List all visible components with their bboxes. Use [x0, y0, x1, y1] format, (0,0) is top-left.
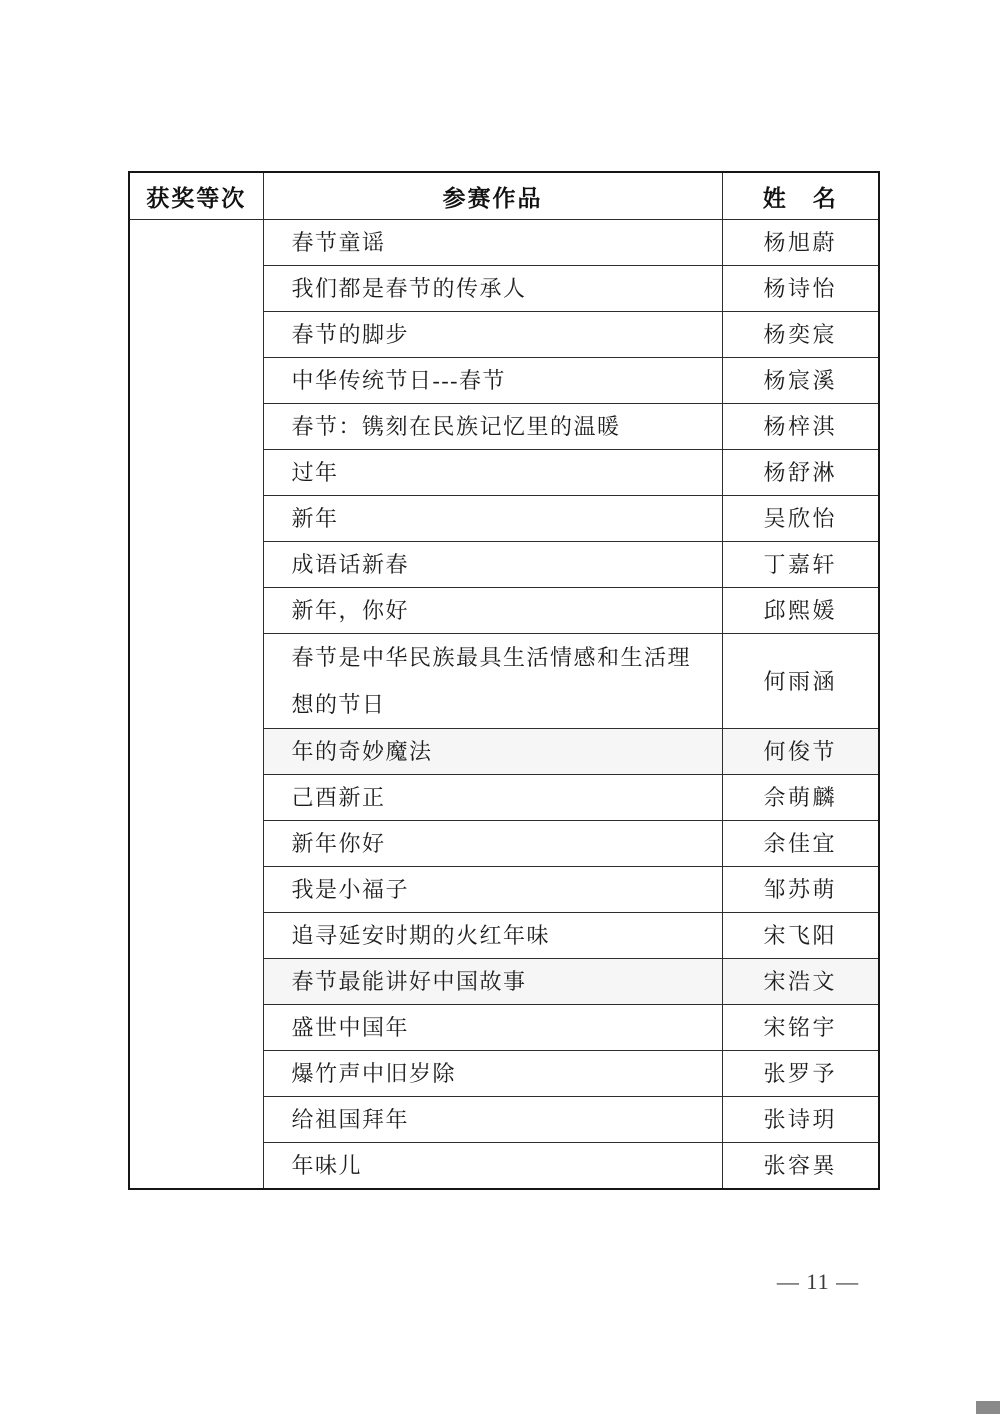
- name-cell: 杨奕宸: [722, 312, 879, 358]
- name-cell: 宋铭宇: [722, 1005, 879, 1051]
- work-cell: 春节的脚步: [263, 312, 722, 358]
- column-header-entry-work: 参赛作品: [263, 172, 722, 220]
- name-cell: 杨梓淇: [722, 404, 879, 450]
- name-cell: 丁嘉轩: [722, 542, 879, 588]
- name-cell: 张容異: [722, 1143, 879, 1190]
- name-cell: 张罗予: [722, 1051, 879, 1097]
- work-cell: 成语话新春: [263, 542, 722, 588]
- work-cell: 新年: [263, 496, 722, 542]
- name-cell: 吴欣怡: [722, 496, 879, 542]
- work-cell: 己酉新正: [263, 775, 722, 821]
- work-cell: 春节：镌刻在民族记忆里的温暖: [263, 404, 722, 450]
- award-level-cell: [129, 220, 263, 1190]
- table-row: 春节童谣 杨旭蔚: [129, 220, 879, 266]
- work-cell: 春节童谣: [263, 220, 722, 266]
- work-cell: 新年你好: [263, 821, 722, 867]
- name-cell: 佘萌麟: [722, 775, 879, 821]
- work-cell: 爆竹声中旧岁除: [263, 1051, 722, 1097]
- scroll-corner-marker: [976, 1401, 1000, 1414]
- name-cell: 何俊节: [722, 729, 879, 775]
- work-cell: 春节最能讲好中国故事: [263, 959, 722, 1005]
- name-cell: 余佳宜: [722, 821, 879, 867]
- name-cell: 宋浩文: [722, 959, 879, 1005]
- work-cell: 春节是中华民族最具生活情感和生活理想的节日: [263, 634, 722, 729]
- work-cell: 追寻延安时期的火红年味: [263, 913, 722, 959]
- document-page: 获奖等次 参赛作品 姓 名 春节童谣 杨旭蔚 我们都是春节的传承人 杨诗怡 春节…: [0, 0, 1000, 1414]
- work-cell: 中华传统节日---春节: [263, 358, 722, 404]
- work-cell: 盛世中国年: [263, 1005, 722, 1051]
- work-cell: 年味儿: [263, 1143, 722, 1190]
- name-cell: 杨舒淋: [722, 450, 879, 496]
- work-cell: 过年: [263, 450, 722, 496]
- name-cell: 邱熙媛: [722, 588, 879, 634]
- work-cell: 给祖国拜年: [263, 1097, 722, 1143]
- name-cell: 杨旭蔚: [722, 220, 879, 266]
- table-header-row: 获奖等次 参赛作品 姓 名: [129, 172, 879, 220]
- column-header-name: 姓 名: [722, 172, 879, 220]
- page-number: — 11 —: [768, 1269, 868, 1295]
- name-cell: 何雨涵: [722, 634, 879, 729]
- name-cell: 杨宸溪: [722, 358, 879, 404]
- work-cell: 年的奇妙魔法: [263, 729, 722, 775]
- work-cell: 我们都是春节的传承人: [263, 266, 722, 312]
- column-header-award-level: 获奖等次: [129, 172, 263, 220]
- work-cell: 我是小福子: [263, 867, 722, 913]
- name-cell: 宋飞阳: [722, 913, 879, 959]
- work-cell: 新年，你好: [263, 588, 722, 634]
- name-cell: 邹苏萌: [722, 867, 879, 913]
- name-cell: 张诗玥: [722, 1097, 879, 1143]
- name-cell: 杨诗怡: [722, 266, 879, 312]
- awards-table: 获奖等次 参赛作品 姓 名 春节童谣 杨旭蔚 我们都是春节的传承人 杨诗怡 春节…: [128, 171, 880, 1190]
